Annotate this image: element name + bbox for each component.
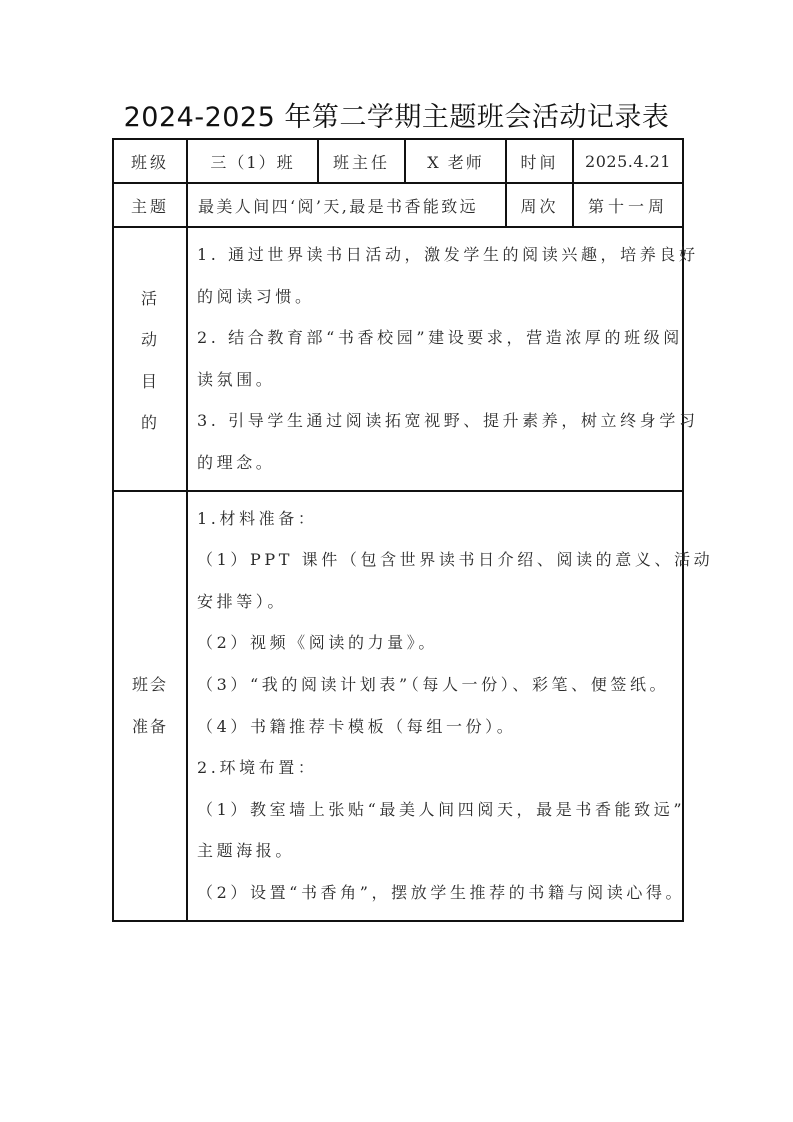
theme-label: 主题 (113, 183, 187, 227)
purpose-line: 读氛围。 (197, 359, 674, 401)
time-label: 时间 (506, 139, 573, 183)
class-value: 三（1）班 (187, 139, 318, 183)
purpose-label-char: 目 (114, 361, 186, 403)
class-preparation-label: 班会 准备 (113, 491, 187, 921)
activity-purpose-content: 1. 通过世界读书日活动，激发学生的阅读兴趣，培养良好 的阅读习惯。 2. 结合… (187, 227, 683, 491)
time-value: 2025.4.21 (573, 139, 683, 183)
header-row: 班级 三（1）班 班主任 X 老师 时间 2025.4.21 (113, 139, 683, 183)
preparation-line: （2）视频《阅读的力量》。 (197, 622, 674, 664)
teacher-value: X 老师 (405, 139, 506, 183)
purpose-line: 1. 通过世界读书日活动，激发学生的阅读兴趣，培养良好 (197, 234, 674, 276)
preparation-line: （1）教室墙上张贴“最美人间四阅天，最是书香能致远” (197, 789, 674, 831)
preparation-line: 2.环境布置： (197, 747, 674, 789)
purpose-line: 的理念。 (197, 442, 674, 484)
preparation-line: 主题海报。 (197, 830, 674, 872)
preparation-line: （3）“我的阅读计划表”（每人一份）、彩笔、便签纸。 (197, 664, 674, 706)
purpose-label-char: 的 (114, 402, 186, 444)
activity-record-table: 班级 三（1）班 班主任 X 老师 时间 2025.4.21 主题 最美人间四‘… (112, 138, 684, 922)
preparation-line: （2）设置“书香角”，摆放学生推荐的书籍与阅读心得。 (197, 872, 674, 914)
preparation-line: 安排等）。 (197, 581, 674, 623)
purpose-label-char: 动 (114, 319, 186, 361)
activity-purpose-row: 活 动 目 的 1. 通过世界读书日活动，激发学生的阅读兴趣，培养良好 的阅读习… (113, 227, 683, 491)
class-preparation-content: 1.材料准备： （1）PPT 课件（包含世界读书日介绍、阅读的意义、活动 安排等… (187, 491, 683, 921)
week-value: 第十一周 (573, 183, 683, 227)
class-preparation-row: 班会 准备 1.材料准备： （1）PPT 课件（包含世界读书日介绍、阅读的意义、… (113, 491, 683, 921)
class-label: 班级 (113, 139, 187, 183)
purpose-label-char: 活 (114, 278, 186, 320)
week-label: 周次 (506, 183, 573, 227)
theme-row: 主题 最美人间四‘阅’天,最是书香能致远 周次 第十一周 (113, 183, 683, 227)
activity-purpose-label: 活 动 目 的 (113, 227, 187, 491)
page-title: 2024-2025 年第二学期主题班会活动记录表 (0, 99, 793, 137)
preparation-line: （1）PPT 课件（包含世界读书日介绍、阅读的意义、活动 (197, 539, 674, 581)
preparation-line: （4）书籍推荐卡模板（每组一份）。 (197, 706, 674, 748)
theme-value: 最美人间四‘阅’天,最是书香能致远 (187, 183, 506, 227)
purpose-line: 2. 结合教育部“书香校园”建设要求，营造浓厚的班级阅 (197, 317, 674, 359)
preparation-label-line: 准备 (114, 706, 186, 748)
preparation-line: 1.材料准备： (197, 498, 674, 540)
purpose-line: 3. 引导学生通过阅读拓宽视野、提升素养，树立终身学习 (197, 400, 674, 442)
purpose-line: 的阅读习惯。 (197, 276, 674, 318)
teacher-label: 班主任 (318, 139, 405, 183)
preparation-label-line: 班会 (114, 664, 186, 706)
